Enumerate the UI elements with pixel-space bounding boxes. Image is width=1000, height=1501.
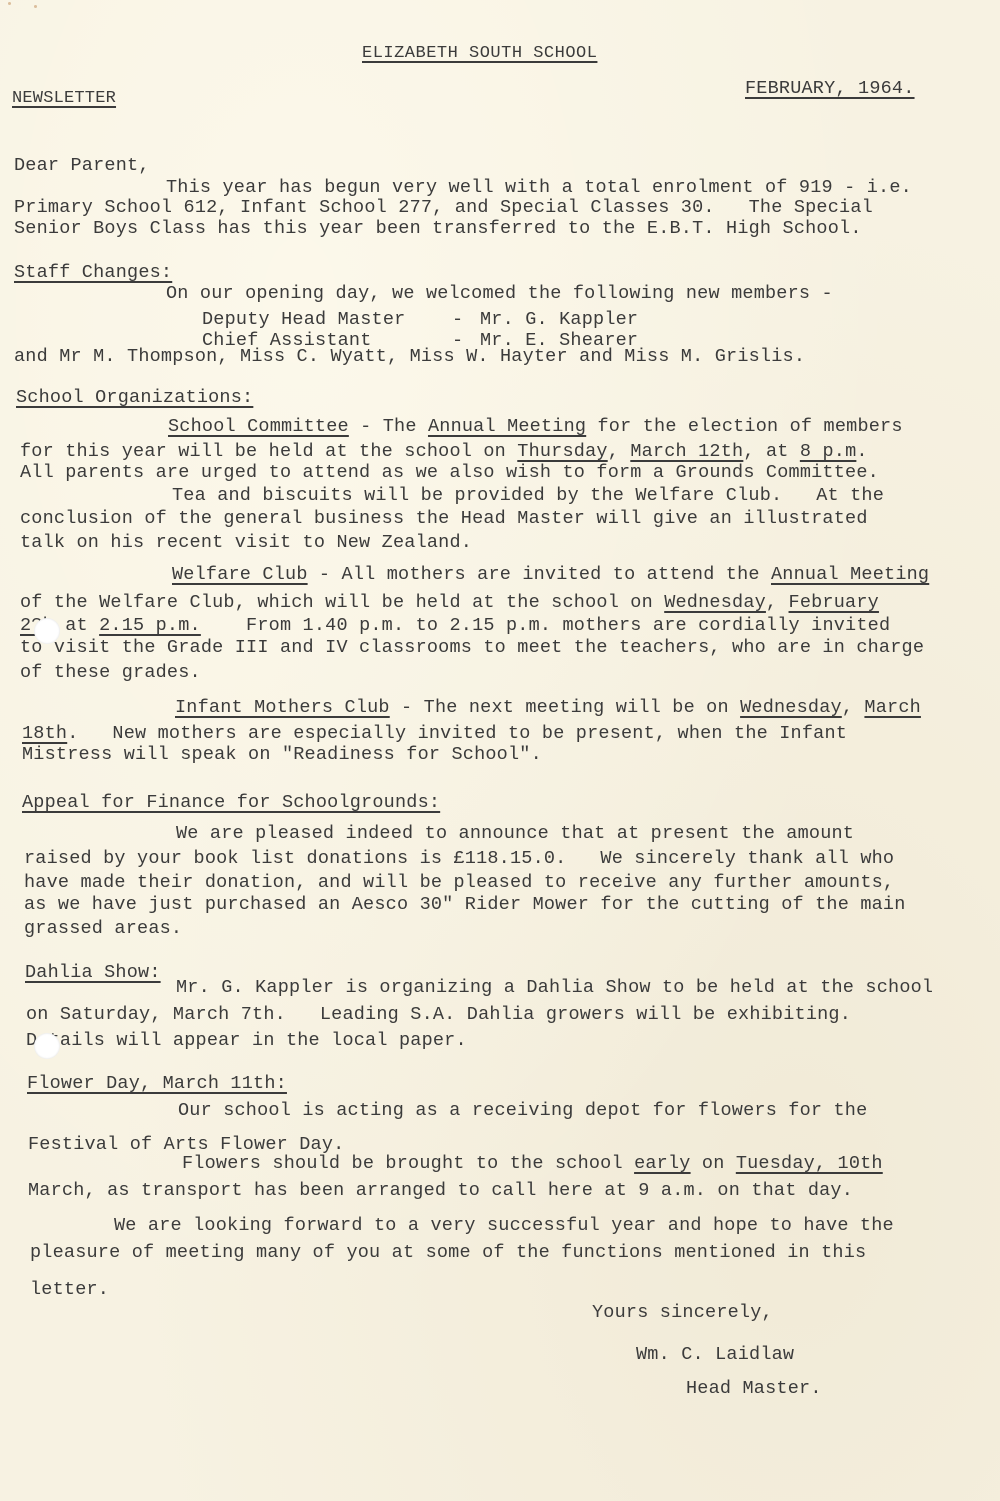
flower-day-heading: Flower Day, March 11th: [27,1073,287,1095]
staff-others: and Mr M. Thompson, Miss C. Wyatt, Miss … [14,346,805,368]
early: early [634,1153,691,1174]
meeting-day: Thursday [517,441,607,462]
committee-p2: talk on his recent visit to New Zealand. [20,532,472,554]
meeting-day: Wednesday [664,592,766,613]
finance-line: have made their donation, and will be pl… [24,872,894,894]
staff-name: Mr. G. Kappler [480,309,638,331]
meeting-month: February [789,592,879,613]
meeting-date: 18th [22,723,67,744]
closing-line: letter. [30,1279,109,1301]
dahlia-line: on Saturday, March 7th. Leading S.A. Dah… [26,1004,851,1026]
finance-line: grassed areas. [24,918,182,940]
welfare-line-1: Welfare Club - All mothers are invited t… [172,564,929,586]
text: From 1.40 p.m. to 2.15 p.m. mothers are … [201,615,890,636]
paper-stain [8,2,11,5]
welfare-title: Welfare Club [172,564,308,585]
finance-line: raised by your book list donations is £1… [24,848,894,870]
staff-sep: - [452,309,463,331]
text: , at [743,441,800,462]
committee-p2: conclusion of the general business the H… [20,508,868,530]
committee-line-1: School Committee - The Annual Meeting fo… [168,416,903,438]
staff-intro: On our opening day, we welcomed the foll… [166,283,833,305]
meeting-date: March 12th [630,441,743,462]
committee-title: School Committee [168,416,349,437]
closing-line: We are looking forward to a very success… [114,1215,894,1237]
meeting-month: March [864,697,921,718]
text: - The next meeting will be on [390,697,740,718]
infant-line-2: 18th. New mothers are especially invited… [22,723,847,745]
flower-day-line-3: Flowers should be brought to the school … [182,1153,883,1175]
salutation: Dear Parent, [14,155,150,177]
staff-role: Deputy Head Master [202,309,405,331]
committee-p2: Tea and biscuits will be provided by the… [172,485,884,507]
text: . New mothers are especially invited to … [67,723,847,744]
dahlia-line: Mr. G. Kappler is organizing a Dahlia Sh… [176,977,933,999]
committee-line-2: for this year will be held at the school… [20,441,868,463]
paper-stain [34,5,37,8]
text: for this year will be held at the school… [20,441,517,462]
hole-punch [34,618,60,644]
text: at [54,615,99,636]
newsletter-date: FEBRUARY, 1964. [745,78,915,100]
text: - The [349,416,428,437]
welfare-line-5: of these grades. [20,662,201,684]
infant-title: Infant Mothers Club [175,697,390,718]
newsletter-label: NEWSLETTER [12,88,116,110]
intro-line: This year has begun very well with a tot… [166,177,912,199]
infant-line-3: Mistress will speak on "Readiness for Sc… [22,744,542,766]
committee-line-3: All parents are urged to attend as we al… [20,462,879,484]
text: . [856,441,867,462]
annual-meeting: Annual Meeting [771,564,929,585]
flower-day-line: Our school is acting as a receiving depo… [178,1100,867,1122]
text: Flowers should be brought to the school [182,1153,634,1174]
signatory-title: Head Master. [686,1378,822,1400]
welfare-line-4: to visit the Grade III and IV classrooms… [20,637,924,659]
text: , [608,441,631,462]
welfare-line-2: of the Welfare Club, which will be held … [20,592,879,614]
valediction: Yours sincerely, [592,1302,773,1324]
newsletter-page: ELIZABETH SOUTH SCHOOL FEBRUARY, 1964. N… [0,0,1000,1501]
school-name: ELIZABETH SOUTH SCHOOL [362,43,597,65]
dahlia-line: Details will appear in the local paper. [26,1030,467,1052]
intro-line: Primary School 612, Infant School 277, a… [14,197,873,219]
meeting-day: Wednesday [740,697,842,718]
hole-punch [34,1033,60,1059]
text: , [766,592,789,613]
flower-day-line: March, as transport has been arranged to… [28,1180,853,1202]
intro-line: Senior Boys Class has this year been tra… [14,218,862,240]
staff-changes-heading: Staff Changes: [14,262,172,284]
welfare-line-3: 2?h at 2.15 p.m. From 1.40 p.m. to 2.15 … [20,615,890,637]
delivery-date: Tuesday, 10th [736,1153,883,1174]
infant-line-1: Infant Mothers Club - The next meeting w… [175,697,921,719]
organizations-heading: School Organizations: [16,387,253,409]
finance-line: as we have just purchased an Aesco 30" R… [24,894,906,916]
text: - All mothers are invited to attend the [308,564,771,585]
finance-heading: Appeal for Finance for Schoolgrounds: [22,792,440,814]
text: for the election of members [586,416,902,437]
annual-meeting: Annual Meeting [428,416,586,437]
meeting-time: 8 p.m [800,441,857,462]
closing-line: pleasure of meeting many of you at some … [30,1242,866,1264]
dahlia-heading: Dahlia Show: [25,962,161,984]
meeting-time: 2.15 p.m. [99,615,201,636]
finance-line: We are pleased indeed to announce that a… [176,823,854,845]
text: , [842,697,865,718]
text: of the Welfare Club, which will be held … [20,592,664,613]
text: on [691,1153,736,1174]
signatory-name: Wm. C. Laidlaw [636,1344,794,1366]
